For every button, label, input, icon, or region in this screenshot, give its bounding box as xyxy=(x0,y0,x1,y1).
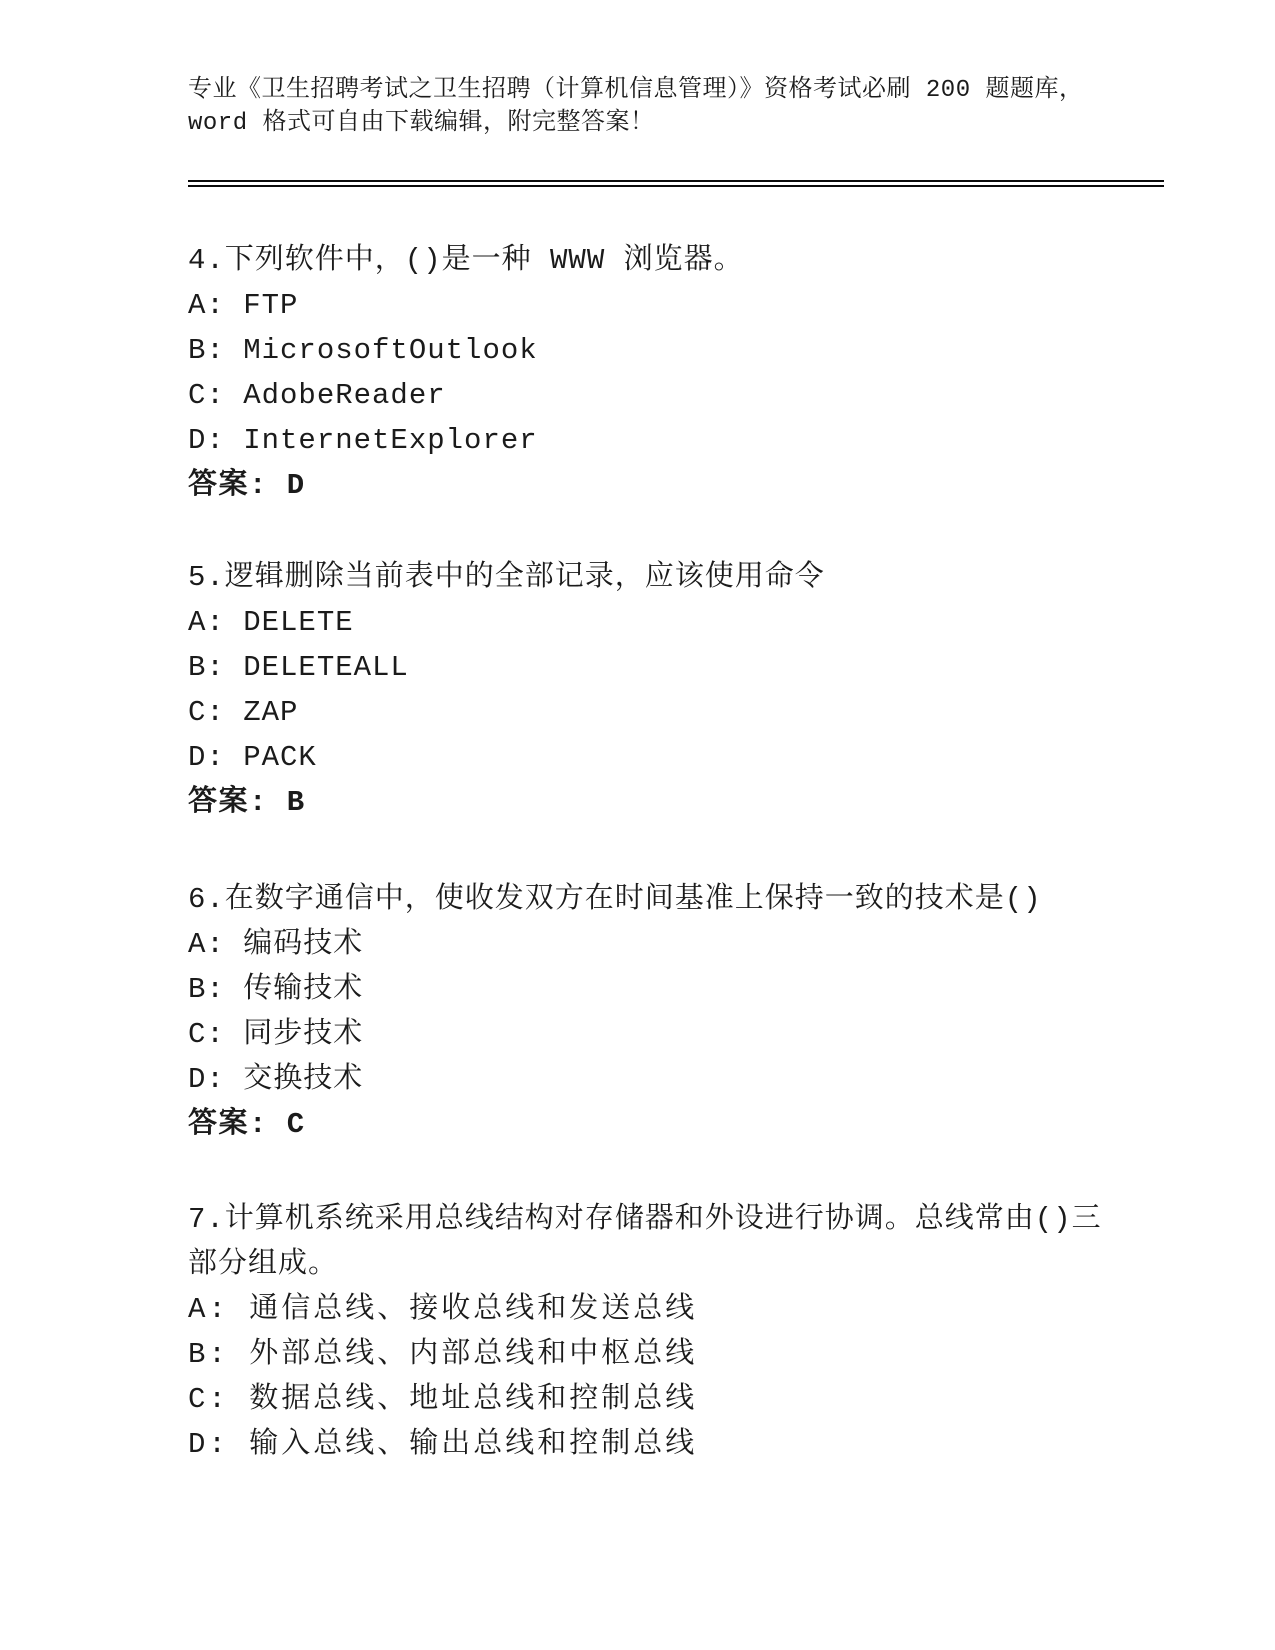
question-6-option-a: A: 编码技术 xyxy=(188,922,1164,967)
question-5-answer: 答案: B xyxy=(188,780,1164,825)
question-4-option-a: A: FTP xyxy=(188,283,1164,328)
question-7-stem-line-2: 部分组成。 xyxy=(188,1242,1164,1287)
question-5-option-a: A: DELETE xyxy=(188,600,1164,645)
question-4: 4.下列软件中，()是一种 WWW 浏览器。 A: FTP B: Microso… xyxy=(188,238,1164,508)
question-5-stem: 5.逻辑删除当前表中的全部记录，应该使用命令 xyxy=(188,555,1164,600)
question-6: 6.在数字通信中，使收发双方在时间基准上保持一致的技术是() A: 编码技术 B… xyxy=(188,877,1164,1147)
document-content: 专业《卫生招聘考试之卫生招聘（计算机信息管理）》资格考试必刷 200 题题库， … xyxy=(188,0,1164,1467)
question-5-option-c: C: ZAP xyxy=(188,690,1164,735)
question-4-stem: 4.下列软件中，()是一种 WWW 浏览器。 xyxy=(188,238,1164,283)
header-line-2: word 格式可自由下载编辑，附完整答案！ xyxy=(188,107,1164,140)
question-7: 7.计算机系统采用总线结构对存储器和外设进行协调。总线常由()三 部分组成。 A… xyxy=(188,1197,1164,1467)
question-6-stem: 6.在数字通信中，使收发双方在时间基准上保持一致的技术是() xyxy=(188,877,1164,922)
question-4-option-d: D: InternetExplorer xyxy=(188,418,1164,463)
question-4-answer: 答案: D xyxy=(188,463,1164,508)
header-divider xyxy=(188,180,1164,187)
question-5-option-d: D: PACK xyxy=(188,735,1164,780)
question-5: 5.逻辑删除当前表中的全部记录，应该使用命令 A: DELETE B: DELE… xyxy=(188,555,1164,825)
question-7-stem-line-1: 7.计算机系统采用总线结构对存储器和外设进行协调。总线常由()三 xyxy=(188,1197,1164,1242)
question-7-option-b: B: 外部总线、内部总线和中枢总线 xyxy=(188,1332,1164,1377)
question-7-option-a: A: 通信总线、接收总线和发送总线 xyxy=(188,1287,1164,1332)
question-6-option-b: B: 传输技术 xyxy=(188,967,1164,1012)
question-6-option-c: C: 同步技术 xyxy=(188,1012,1164,1057)
document-header: 专业《卫生招聘考试之卫生招聘（计算机信息管理）》资格考试必刷 200 题题库， … xyxy=(188,0,1164,140)
question-7-option-c: C: 数据总线、地址总线和控制总线 xyxy=(188,1377,1164,1422)
header-line-1: 专业《卫生招聘考试之卫生招聘（计算机信息管理）》资格考试必刷 200 题题库， xyxy=(188,74,1164,107)
question-4-option-c: C: AdobeReader xyxy=(188,373,1164,418)
question-7-option-d: D: 输入总线、输出总线和控制总线 xyxy=(188,1422,1164,1467)
question-6-answer: 答案: C xyxy=(188,1102,1164,1147)
question-6-option-d: D: 交换技术 xyxy=(188,1057,1164,1102)
document-page: 专业《卫生招聘考试之卫生招聘（计算机信息管理）》资格考试必刷 200 题题库， … xyxy=(0,0,1275,1650)
question-5-option-b: B: DELETEALL xyxy=(188,645,1164,690)
question-4-option-b: B: MicrosoftOutlook xyxy=(188,328,1164,373)
